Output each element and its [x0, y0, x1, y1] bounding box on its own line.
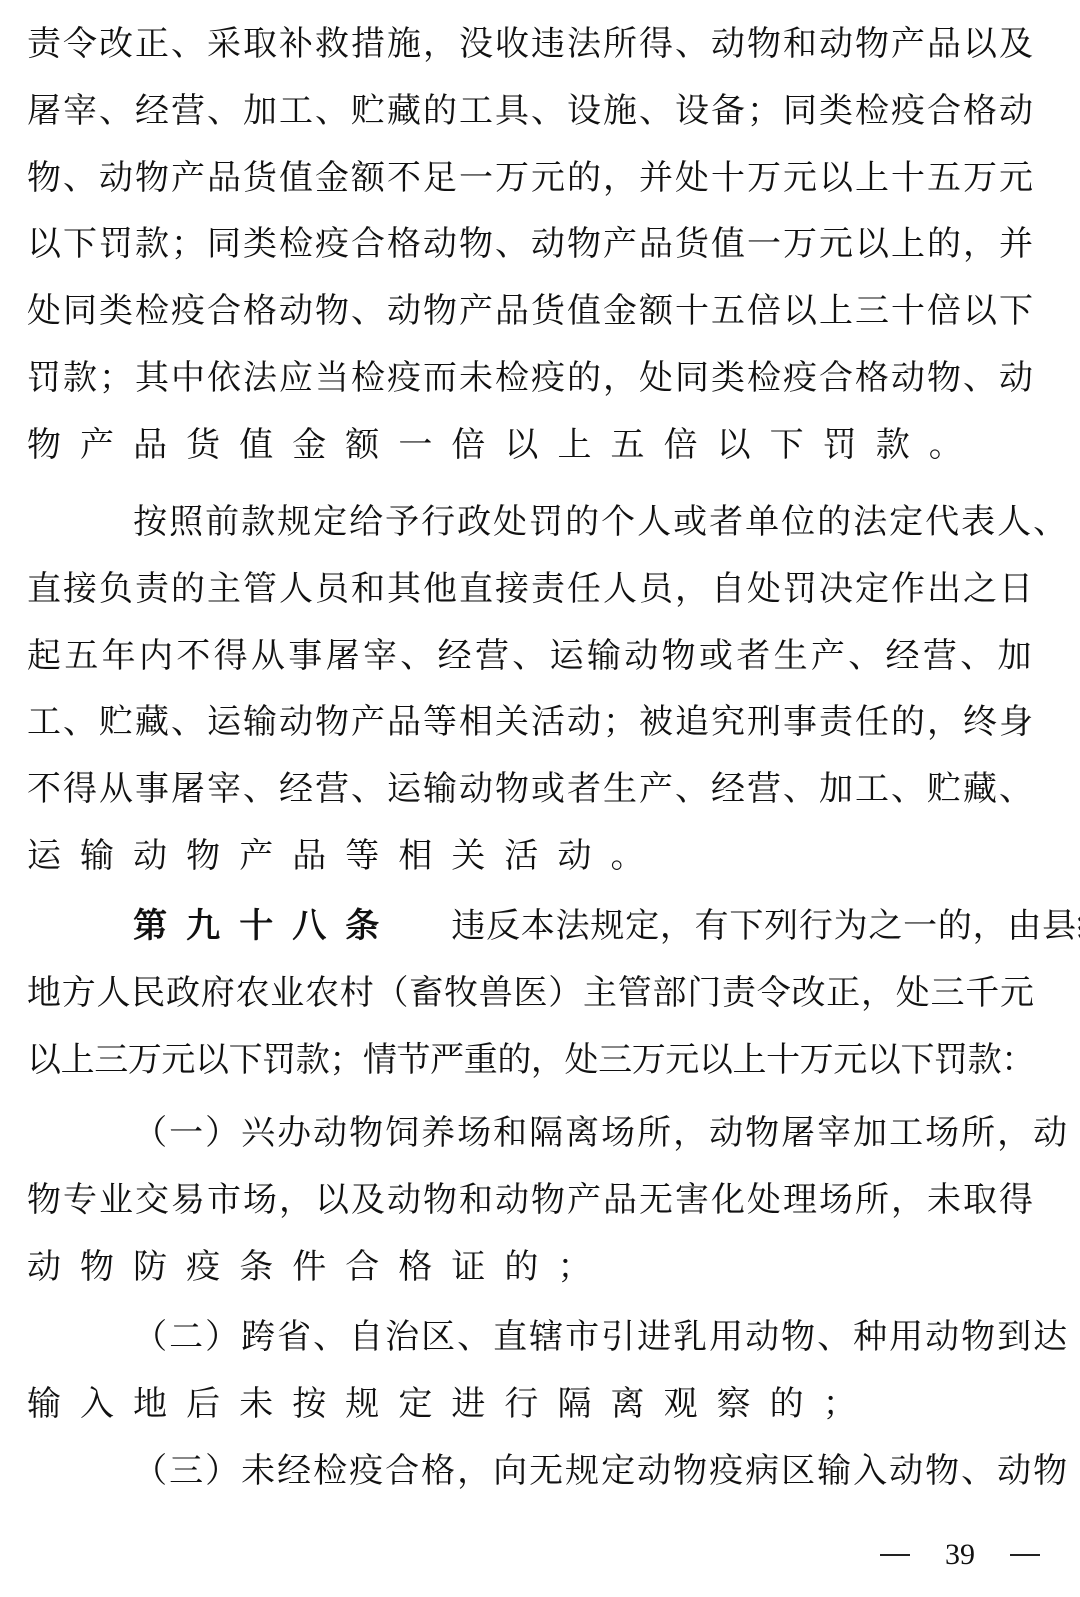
line-text: 违反本法规定，有下列行为之一的，由县级以上 — [451, 898, 1080, 947]
line-text: （一）兴办动物饲养场和隔离场所，动物屠宰加工场所，动 — [133, 1105, 1069, 1154]
text-line: 地方人民政府农业农村（畜牧兽医）主管部门责令改正，处三千元 — [27, 964, 1035, 1014]
line-text: 罚款；其中依法应当检疫而未检疫的，处同类检疫合格动物、动 — [27, 350, 1035, 399]
line-text: 动物防疫条件合格证的； — [27, 1239, 611, 1288]
line-text: 不得从事屠宰、经营、运输动物或者生产、经营、加工、贮藏、 — [27, 761, 1035, 810]
line-text: （三）未经检疫合格，向无规定动物疫病区输入动物、动物 — [133, 1443, 1069, 1492]
line-text: 输入地后未按规定进行隔离观察的； — [27, 1376, 876, 1425]
line-text: 物产品货值金额一倍以上五倍以下罚款。 — [27, 417, 982, 466]
line-text: 按照前款规定给予行政处罚的个人或者单位的法定代表人、 — [133, 494, 1069, 543]
line-text: 直接负责的主管人员和其他直接责任人员，自处罚决定作出之日 — [27, 561, 1035, 610]
text-line: 以上三万元以下罚款；情节严重的，处三万元以上十万元以下罚款： — [27, 1031, 1035, 1081]
dash-left — [880, 1554, 910, 1556]
text-line: 以下罚款；同类检疫合格动物、动物产品货值一万元以上的，并 — [27, 215, 1035, 265]
text-line: 运输动物产品等相关活动。 — [27, 827, 664, 877]
article-heading: 第九十八条 — [133, 898, 398, 947]
line-text: 责令改正、采取补救措施，没收违法所得、动物和动物产品以及 — [27, 16, 1035, 65]
text-line: （二）跨省、自治区、直辖市引进乳用动物、种用动物到达 — [27, 1308, 1069, 1358]
line-text: 运输动物产品等相关活动。 — [27, 828, 664, 877]
line-text: 处同类检疫合格动物、动物产品货值金额十五倍以上三十倍以下 — [27, 283, 1035, 332]
line-text: 物、动物产品货值金额不足一万元的，并处十万元以上十五万元 — [27, 150, 1035, 199]
text-line: 罚款；其中依法应当检疫而未检疫的，处同类检疫合格动物、动 — [27, 349, 1035, 399]
line-text: 物专业交易市场，以及动物和动物产品无害化处理场所，未取得 — [27, 1172, 1035, 1221]
text-line: 直接负责的主管人员和其他直接责任人员，自处罚决定作出之日 — [27, 560, 1035, 610]
text-line: 动物防疫条件合格证的； — [27, 1238, 611, 1288]
document-page: 责令改正、采取补救措施，没收违法所得、动物和动物产品以及屠宰、经营、加工、贮藏的… — [0, 0, 1080, 1597]
text-line: 处同类检疫合格动物、动物产品货值金额十五倍以上三十倍以下 — [27, 282, 1035, 332]
page-number: 39 — [945, 1538, 975, 1572]
text-line: 物专业交易市场，以及动物和动物产品无害化处理场所，未取得 — [27, 1171, 1035, 1221]
line-text: 以下罚款；同类检疫合格动物、动物产品货值一万元以上的，并 — [27, 216, 1035, 265]
text-line: 不得从事屠宰、经营、运输动物或者生产、经营、加工、贮藏、 — [27, 760, 1035, 810]
text-line: （一）兴办动物饲养场和隔离场所，动物屠宰加工场所，动 — [27, 1104, 1069, 1154]
dash-right — [1010, 1554, 1040, 1556]
text-line: 物产品货值金额一倍以上五倍以下罚款。 — [27, 416, 982, 466]
line-text: 起五年内不得从事屠宰、经营、运输动物或者生产、经营、加 — [27, 628, 1035, 677]
line-text: （二）跨省、自治区、直辖市引进乳用动物、种用动物到达 — [133, 1309, 1069, 1358]
text-line: （三）未经检疫合格，向无规定动物疫病区输入动物、动物 — [27, 1442, 1069, 1492]
page-footer: 39 — [880, 1538, 1040, 1572]
text-line: 输入地后未按规定进行隔离观察的； — [27, 1375, 876, 1425]
line-text: 地方人民政府农业农村（畜牧兽医）主管部门责令改正，处三千元 — [27, 965, 1035, 1014]
line-text: 屠宰、经营、加工、贮藏的工具、设施、设备；同类检疫合格动 — [27, 83, 1035, 132]
text-line: 第九十八条违反本法规定，有下列行为之一的，由县级以上 — [27, 897, 1080, 947]
text-line: 责令改正、采取补救措施，没收违法所得、动物和动物产品以及 — [27, 15, 1035, 65]
line-text: 工、贮藏、运输动物产品等相关活动；被追究刑事责任的，终身 — [27, 694, 1035, 743]
text-line: 按照前款规定给予行政处罚的个人或者单位的法定代表人、 — [27, 493, 1069, 543]
text-line: 物、动物产品货值金额不足一万元的，并处十万元以上十五万元 — [27, 149, 1035, 199]
text-line: 起五年内不得从事屠宰、经营、运输动物或者生产、经营、加 — [27, 627, 1035, 677]
line-text: 以上三万元以下罚款；情节严重的，处三万元以上十万元以下罚款： — [27, 1032, 1035, 1081]
text-line: 屠宰、经营、加工、贮藏的工具、设施、设备；同类检疫合格动 — [27, 82, 1035, 132]
text-line: 工、贮藏、运输动物产品等相关活动；被追究刑事责任的，终身 — [27, 693, 1035, 743]
